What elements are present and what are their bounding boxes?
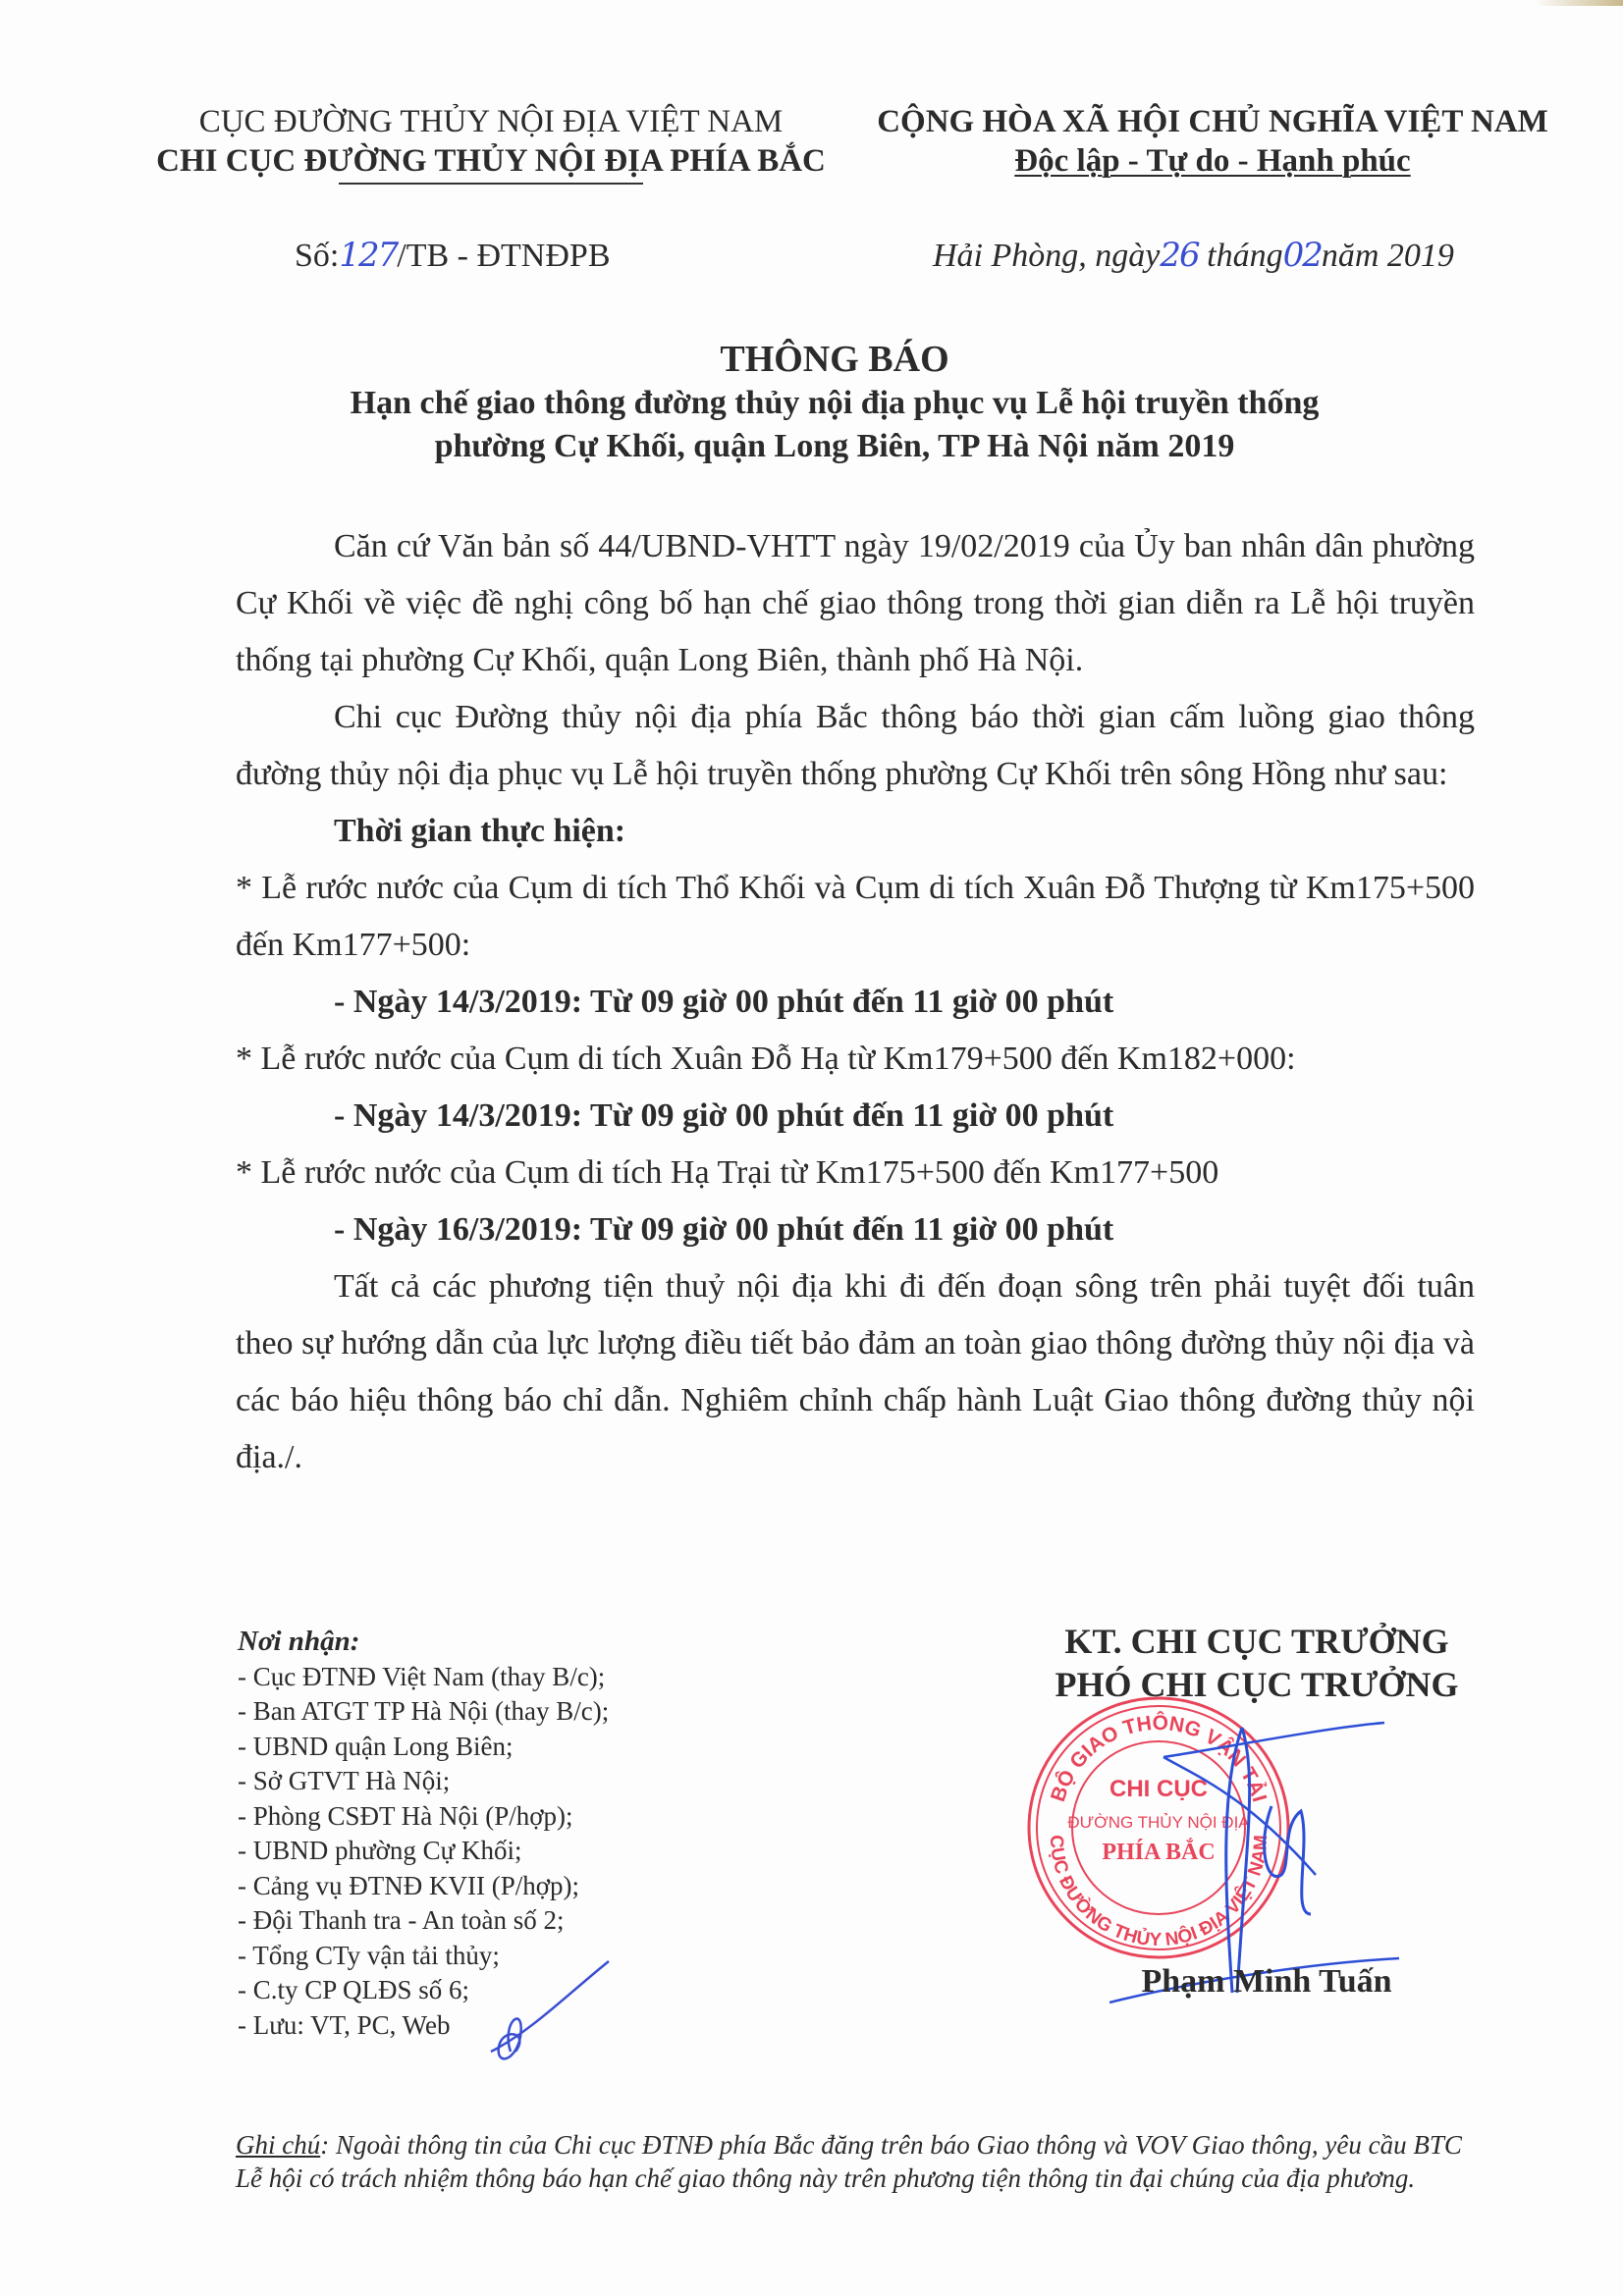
recipient-item: - Cục ĐTNĐ Việt Nam (thay B/c); (238, 1660, 609, 1695)
recipients-title: Nơi nhận: (238, 1625, 609, 1660)
event-time: - Ngày 16/3/2019: Từ 09 giờ 00 phút đến … (236, 1201, 1475, 1258)
doc-number-suffix: /TB - ĐTNĐPB (397, 238, 610, 274)
event-description: * Lễ rước nước của Cụm di tích Hạ Trại t… (236, 1145, 1475, 1201)
handwritten-day: 26 (1160, 236, 1198, 275)
recipient-item: - Đội Thanh tra - An toàn số 2; (238, 1903, 609, 1939)
parent-agency: CỤC ĐƯỜNG THỦY NỘI ĐỊA VIỆT NAM (128, 102, 854, 141)
event-description: * Lễ rước nước của Cụm di tích Thổ Khối … (236, 860, 1475, 974)
footnote-label: Ghi chú (236, 2130, 320, 2160)
document-body: Căn cứ Văn bản số 44/UBND-VHTT ngày 19/0… (236, 518, 1475, 1486)
event-time: - Ngày 14/3/2019: Từ 09 giờ 00 phút đến … (236, 974, 1475, 1031)
header-left-underline (339, 183, 643, 185)
title-subtitle-line1: Hạn chế giao thông đường thủy nội địa ph… (196, 382, 1473, 425)
title-main: THÔNG BÁO (196, 337, 1473, 382)
scan-edge-artifact (1532, 0, 1623, 6)
date-year: năm 2019 (1322, 238, 1454, 274)
recipient-item: - UBND phường Cự Khối; (238, 1834, 609, 1869)
paragraph-basis: Căn cứ Văn bản số 44/UBND-VHTT ngày 19/0… (236, 518, 1475, 689)
recipient-item: - UBND quận Long Biên; (238, 1730, 609, 1765)
footnote-text: : Ngoài thông tin của Chi cục ĐTNĐ phía … (236, 2130, 1462, 2193)
event-time: - Ngày 14/3/2019: Từ 09 giờ 00 phút đến … (236, 1088, 1475, 1145)
recipient-item: - Sở GTVT Hà Nội; (238, 1764, 609, 1799)
document-number: Số:127/TB - ĐTNĐPB (295, 236, 611, 275)
event-description: * Lễ rước nước của Cụm di tích Xuân Đỗ H… (236, 1031, 1475, 1088)
initials-mark-icon (471, 1953, 619, 2071)
national-header: CỘNG HÒA XÃ HỘI CHỦ NGHĨA VIỆT NAM Độc l… (854, 102, 1571, 181)
recipient-item: - Phòng CSĐT Hà Nội (P/hợp); (238, 1799, 609, 1835)
date-month-label: tháng (1207, 238, 1282, 274)
signature-title-line1: KT. CHI CỤC TRƯỞNG (1001, 1620, 1512, 1663)
recipient-item: - Ban ATGT TP Hà Nội (thay B/c); (238, 1694, 609, 1730)
paragraph-compliance: Tất cả các phương tiện thuỷ nội địa khi … (236, 1258, 1475, 1486)
issuing-agency: CHI CỤC ĐƯỜNG THỦY NỘI ĐỊA PHÍA BẮC (128, 141, 854, 181)
handwritten-doc-number: 127 (339, 236, 397, 275)
handwritten-month: 02 (1283, 236, 1322, 275)
document-title: THÔNG BÁO Hạn chế giao thông đường thủy … (196, 337, 1473, 468)
doc-number-prefix: Số: (295, 238, 339, 274)
national-motto: Độc lập - Tự do - Hạnh phúc (1014, 143, 1410, 179)
paragraph-announcement: Chi cục Đường thủy nội địa phía Bắc thôn… (236, 689, 1475, 803)
date-place: Hải Phòng, ngày (933, 238, 1160, 274)
agency-header: CỤC ĐƯỜNG THỦY NỘI ĐỊA VIỆT NAM CHI CỤC … (128, 102, 854, 185)
schedule-heading: Thời gian thực hiện: (236, 803, 1475, 860)
title-subtitle-line2: phường Cự Khối, quận Long Biên, TP Hà Nộ… (435, 428, 1235, 464)
recipient-item: - Cảng vụ ĐTNĐ KVII (P/hợp); (238, 1869, 609, 1904)
place-date: Hải Phòng, ngày26 tháng02năm 2019 (933, 236, 1454, 275)
footnote: Ghi chú: Ngoài thông tin của Chi cục ĐTN… (236, 2128, 1475, 2195)
country-name: CỘNG HÒA XÃ HỘI CHỦ NGHĨA VIỆT NAM (854, 102, 1571, 141)
signer-name: Phạm Minh Tuấn (1021, 1963, 1512, 2001)
